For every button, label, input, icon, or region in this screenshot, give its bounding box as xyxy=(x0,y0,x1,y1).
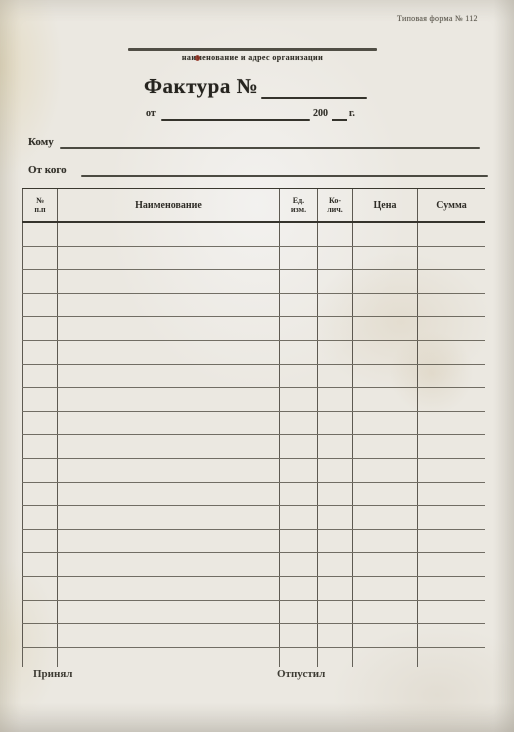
table-cell xyxy=(57,577,279,600)
column-header-quantity: Ко- лич. xyxy=(317,189,352,221)
table-cell xyxy=(317,388,352,411)
table-cell xyxy=(417,577,485,600)
table-cell xyxy=(279,459,317,482)
table-cell xyxy=(57,317,279,340)
table-cell xyxy=(352,388,417,411)
table-cell xyxy=(317,247,352,270)
column-header-text: п.п xyxy=(34,205,45,214)
table-cell xyxy=(22,341,57,364)
date-blank xyxy=(161,119,310,121)
from-blank-line xyxy=(81,175,488,177)
column-header-text: Ко- xyxy=(329,196,341,205)
column-header-price: Цена xyxy=(352,189,417,221)
table-row xyxy=(22,412,485,436)
red-ink-speck xyxy=(195,55,200,61)
table-cell xyxy=(279,317,317,340)
table-cell xyxy=(279,648,317,667)
table-cell xyxy=(279,530,317,553)
table-cell xyxy=(57,388,279,411)
date-suffix-label: г. xyxy=(349,108,355,119)
table-row xyxy=(22,388,485,412)
table-cell xyxy=(22,553,57,576)
table-cell xyxy=(279,483,317,506)
column-header-amount: Сумма xyxy=(417,189,485,221)
table-cell xyxy=(57,270,279,293)
date-prefix-label: от xyxy=(146,108,156,119)
table-cell xyxy=(279,553,317,576)
table-body xyxy=(22,223,485,648)
table-cell xyxy=(22,601,57,624)
table-cell xyxy=(417,506,485,529)
column-header-text: Ед. xyxy=(293,196,304,205)
date-year-label: 200 xyxy=(313,108,328,119)
column-header-text: № xyxy=(36,196,44,205)
date-year-blank xyxy=(332,119,347,121)
received-label: Принял xyxy=(33,668,72,680)
table-cell xyxy=(352,506,417,529)
table-cell xyxy=(22,388,57,411)
table-cell xyxy=(317,459,352,482)
table-cell xyxy=(317,483,352,506)
table-cell xyxy=(22,247,57,270)
table-cell xyxy=(352,412,417,435)
table-cell xyxy=(22,577,57,600)
table-cell xyxy=(417,435,485,458)
table-cell xyxy=(22,270,57,293)
table-cell xyxy=(417,388,485,411)
table-cell xyxy=(417,483,485,506)
table-cell xyxy=(22,483,57,506)
table-cell xyxy=(417,412,485,435)
table-cell xyxy=(57,247,279,270)
items-table: № п.п Наименование Ед. изм. Ко- лич. Цен… xyxy=(22,188,485,667)
table-cell xyxy=(57,483,279,506)
table-cell xyxy=(279,577,317,600)
column-header-name: Наименование xyxy=(57,189,279,221)
table-row xyxy=(22,247,485,271)
table-row xyxy=(22,270,485,294)
table-cell xyxy=(317,341,352,364)
table-cell xyxy=(352,553,417,576)
table-cell xyxy=(417,270,485,293)
org-caption: наименование и адрес организации xyxy=(128,53,377,62)
table-cell xyxy=(22,624,57,647)
table-row xyxy=(22,624,485,648)
table-row xyxy=(22,459,485,483)
released-label: Отпустил xyxy=(277,668,325,680)
form-title: Фактура № xyxy=(144,74,258,99)
table-cell xyxy=(317,553,352,576)
table-row xyxy=(22,483,485,507)
table-cell xyxy=(352,648,417,667)
table-cell xyxy=(417,223,485,246)
table-cell xyxy=(417,247,485,270)
form-reference: Типовая форма № 112 xyxy=(397,14,478,23)
org-name-rule xyxy=(128,48,377,51)
table-cell xyxy=(317,412,352,435)
table-cell xyxy=(317,270,352,293)
table-cell xyxy=(352,365,417,388)
table-cell xyxy=(22,648,57,667)
table-cell xyxy=(352,317,417,340)
table-cell xyxy=(22,506,57,529)
table-cell xyxy=(57,624,279,647)
table-cell xyxy=(352,435,417,458)
table-cell xyxy=(352,530,417,553)
from-label: От кого xyxy=(28,164,67,176)
table-cell xyxy=(22,294,57,317)
invoice-form-page: Типовая форма № 112 наименование и адрес… xyxy=(0,0,514,732)
table-cell xyxy=(279,365,317,388)
table-cell xyxy=(279,412,317,435)
table-cell xyxy=(279,601,317,624)
table-cell xyxy=(279,506,317,529)
table-row xyxy=(22,530,485,554)
table-cell xyxy=(317,365,352,388)
table-cell xyxy=(417,530,485,553)
table-cell xyxy=(57,601,279,624)
table-cell xyxy=(317,506,352,529)
table-cell xyxy=(352,223,417,246)
column-header-text: изм. xyxy=(291,205,306,214)
table-cell xyxy=(317,294,352,317)
table-cell xyxy=(317,624,352,647)
table-row xyxy=(22,577,485,601)
table-cell xyxy=(352,577,417,600)
table-cell xyxy=(22,412,57,435)
table-cell xyxy=(279,341,317,364)
table-cell xyxy=(417,365,485,388)
column-header-unit: Ед. изм. xyxy=(279,189,317,221)
table-cell xyxy=(352,483,417,506)
invoice-number-blank xyxy=(261,97,367,99)
table-cell xyxy=(417,294,485,317)
table-cell xyxy=(57,435,279,458)
table-cell xyxy=(352,294,417,317)
table-row xyxy=(22,435,485,459)
table-cell xyxy=(22,530,57,553)
table-cell xyxy=(57,365,279,388)
column-header-text: лич. xyxy=(327,205,343,214)
column-header-text: Наименование xyxy=(135,200,202,211)
table-cell xyxy=(22,317,57,340)
table-cell xyxy=(352,601,417,624)
table-cell xyxy=(279,294,317,317)
table-cell xyxy=(317,530,352,553)
table-cell xyxy=(279,247,317,270)
table-cell xyxy=(22,459,57,482)
to-blank-line xyxy=(60,147,480,149)
table-open-row xyxy=(22,648,485,667)
table-row xyxy=(22,294,485,318)
column-header-number: № п.п xyxy=(22,189,57,221)
table-cell xyxy=(279,435,317,458)
table-cell xyxy=(57,223,279,246)
table-cell xyxy=(417,459,485,482)
table-row xyxy=(22,317,485,341)
table-cell xyxy=(22,365,57,388)
column-header-text: Сумма xyxy=(436,200,466,211)
to-label: Кому xyxy=(28,136,54,148)
table-cell xyxy=(279,624,317,647)
table-row xyxy=(22,553,485,577)
table-cell xyxy=(317,223,352,246)
table-cell xyxy=(317,577,352,600)
table-cell xyxy=(22,435,57,458)
table-cell xyxy=(57,341,279,364)
table-cell xyxy=(57,553,279,576)
table-cell xyxy=(352,459,417,482)
table-cell xyxy=(57,506,279,529)
table-cell xyxy=(279,223,317,246)
table-cell xyxy=(57,412,279,435)
table-cell xyxy=(417,317,485,340)
table-cell xyxy=(352,270,417,293)
table-cell xyxy=(279,388,317,411)
table-cell xyxy=(57,648,279,667)
table-cell xyxy=(352,624,417,647)
table-cell xyxy=(417,648,485,667)
table-cell xyxy=(417,601,485,624)
column-header-text: Цена xyxy=(374,200,397,211)
table-cell xyxy=(57,294,279,317)
table-row xyxy=(22,365,485,389)
table-cell xyxy=(317,601,352,624)
table-cell xyxy=(22,223,57,246)
table-row xyxy=(22,506,485,530)
table-cell xyxy=(317,648,352,667)
table-cell xyxy=(317,317,352,340)
table-cell xyxy=(57,530,279,553)
table-cell xyxy=(352,247,417,270)
table-cell xyxy=(417,341,485,364)
table-cell xyxy=(57,459,279,482)
table-header-row: № п.п Наименование Ед. изм. Ко- лич. Цен… xyxy=(22,188,485,223)
table-cell xyxy=(317,435,352,458)
table-cell xyxy=(279,270,317,293)
table-cell xyxy=(417,553,485,576)
table-row xyxy=(22,223,485,247)
table-row xyxy=(22,601,485,625)
table-cell xyxy=(417,624,485,647)
table-cell xyxy=(352,341,417,364)
table-row xyxy=(22,341,485,365)
